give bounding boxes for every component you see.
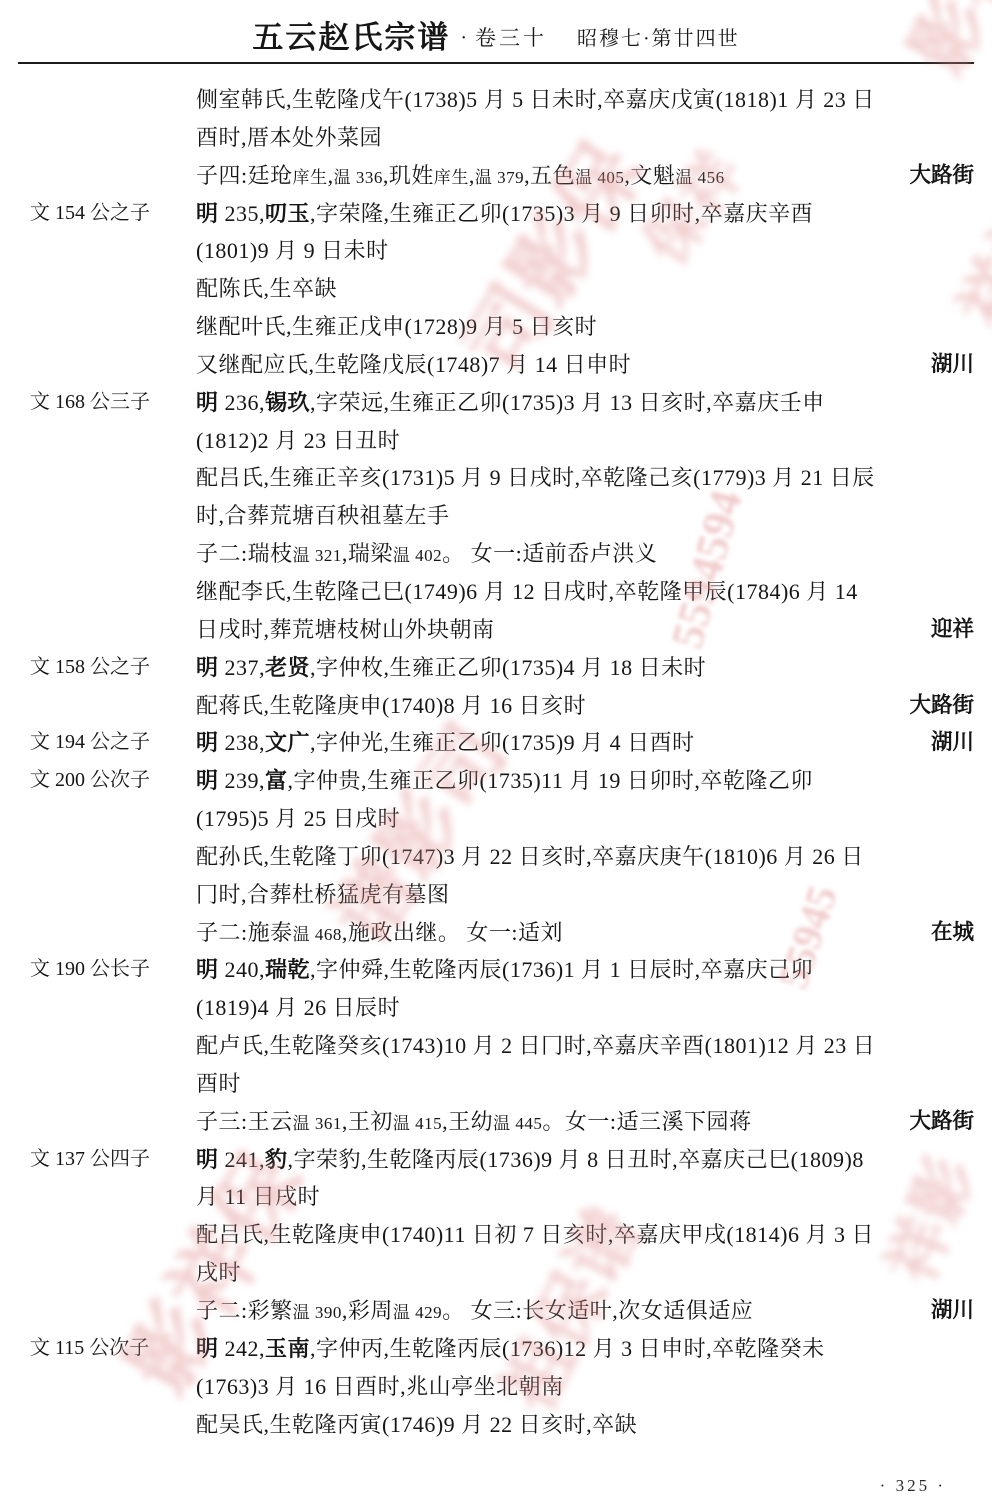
genealogy-page: 五云赵氏宗谱·卷三十昭穆七·第廿四世 侧室韩氏,生乾隆戊午(1738)5 月 5… <box>0 0 992 1512</box>
page-number: · 325 · <box>880 1476 946 1496</box>
entry-text: 又继配应氏,生乾隆戊辰(1748)7 月 14 日申时 <box>196 346 631 384</box>
entry-line: 文 158 公之子明 237,老贤,字仲枚,生雍正乙卯(1735)4 月 18 … <box>0 649 992 687</box>
entry-line: 子二:瑞枝温 321,瑞梁温 402。 女一:适前岙卢洪义 <box>0 535 992 573</box>
entry-line: 子二:彩繁温 390,彩周温 429。 女三:长女适叶,次女适俱适应湖川 <box>0 1292 992 1330</box>
entry-text: 配陈氏,生卒缺 <box>196 270 337 308</box>
entry-line: (1812)2 月 23 日丑时 <box>0 422 992 460</box>
entry-text: 月 11 日戌时 <box>196 1178 320 1216</box>
entry-line: 又继配应氏,生乾隆戊辰(1748)7 月 14 日申时湖川 <box>0 346 992 384</box>
entry-line: 酉时,厝本处外菜园 <box>0 119 992 157</box>
generation-ref-label: 文 154 公之子 <box>30 195 150 233</box>
place-label: 大路街 <box>909 687 974 725</box>
entry-line: 配陈氏,生卒缺 <box>0 270 992 308</box>
entry-text: 配孙氏,生乾隆丁卯(1747)3 月 22 日亥时,卒嘉庆庚午(1810)6 月… <box>196 838 864 876</box>
entry-text: 侧室韩氏,生乾隆戊午(1738)5 月 5 日未时,卒嘉庆戊寅(1818)1 月… <box>196 81 875 119</box>
entry-text: 子二:彩繁温 390,彩周温 429。 女三:长女适叶,次女适俱适应 <box>196 1292 753 1332</box>
entry-line: (1763)3 月 16 日酉时,兆山亭坐北朝南 <box>0 1368 992 1406</box>
entry-line: 文 137 公四子明 241,豹,字荣豹,生乾隆丙辰(1736)9 月 8 日丑… <box>0 1141 992 1179</box>
entry-line: 冂时,合葬杜桥猛虎有墓图 <box>0 876 992 914</box>
entry-text: 配蒋氏,生乾隆庚申(1740)8 月 16 日亥时 <box>196 687 586 725</box>
entry-line: 侧室韩氏,生乾隆戊午(1738)5 月 5 日未时,卒嘉庆戊寅(1818)1 月… <box>0 81 992 119</box>
entry-text: 配吴氏,生乾隆丙寅(1746)9 月 22 日亥时,卒缺 <box>196 1406 637 1444</box>
entry-text: 明 239,富,字仲贵,生雍正乙卯(1735)11 月 19 日卯时,卒乾隆乙卯 <box>196 762 813 800</box>
entry-text: 子二:施泰温 468,施政出继。 女一:适刘 <box>196 914 563 954</box>
volume-label: 卷三十 <box>475 26 547 50</box>
entry-line: 文 194 公之子明 238,文广,字仲光,生雍正乙卯(1735)9 月 4 日… <box>0 724 992 762</box>
page-header: 五云赵氏宗谱·卷三十昭穆七·第廿四世 <box>0 12 992 57</box>
entry-line: 文 190 公长子明 240,瑞乾,字仲舜,生乾隆丙辰(1736)1 月 1 日… <box>0 951 992 989</box>
title-separator-dot: · <box>460 27 467 49</box>
place-label: 迎祥 <box>931 611 974 649</box>
generation-ref-label: 文 190 公长子 <box>30 951 150 989</box>
entry-line: 配蒋氏,生乾隆庚申(1740)8 月 16 日亥时大路街 <box>0 687 992 725</box>
entry-line: 时,合葬荒塘百秧祖墓左手 <box>0 497 992 535</box>
entry-text: 明 241,豹,字荣豹,生乾隆丙辰(1736)9 月 8 日丑时,卒嘉庆己巳(1… <box>196 1141 864 1179</box>
entry-text: 明 235,叨玉,字荣隆,生雍正乙卯(1735)3 月 9 日卯时,卒嘉庆辛酉 <box>196 195 813 233</box>
entry-line: (1819)4 月 26 日辰时 <box>0 989 992 1027</box>
entry-text: (1795)5 月 25 日戌时 <box>196 800 400 838</box>
entry-text: 酉时 <box>196 1065 241 1103</box>
entry-line: 日戌时,葬荒塘枝树山外块朝南迎祥 <box>0 611 992 649</box>
entry-line: 文 115 公次子明 242,玉南,字仲丙,生乾隆丙辰(1736)12 月 3 … <box>0 1330 992 1368</box>
entry-line: 配吕氏,生雍正辛亥(1731)5 月 9 日戌时,卒乾隆己亥(1779)3 月 … <box>0 459 992 497</box>
entry-text: 子三:王云温 361,王初温 415,王幼温 445。女一:适三溪下园蒋 <box>196 1103 752 1143</box>
entry-line: 配吴氏,生乾隆丙寅(1746)9 月 22 日亥时,卒缺 <box>0 1406 992 1444</box>
entry-line: (1801)9 月 9 日未时 <box>0 232 992 270</box>
book-title: 五云赵氏宗谱 <box>252 20 450 55</box>
entry-text: 明 240,瑞乾,字仲舜,生乾隆丙辰(1736)1 月 1 日辰时,卒嘉庆己卯 <box>196 951 813 989</box>
generation-ref-label: 文 168 公三子 <box>30 384 150 422</box>
generation-ref-label: 文 194 公之子 <box>30 724 150 762</box>
entry-text: 继配李氏,生乾隆己巳(1749)6 月 12 日戌时,卒乾隆甲辰(1784)6 … <box>196 573 858 611</box>
entry-line: 子三:王云温 361,王初温 415,王幼温 445。女一:适三溪下园蒋大路街 <box>0 1103 992 1141</box>
entry-line: 子四:廷玱庠生,温 336,玑姓庠生,温 379,五色温 405,文魁温 456… <box>0 157 992 195</box>
entry-text: (1763)3 月 16 日酉时,兆山亭坐北朝南 <box>196 1368 564 1406</box>
place-label: 大路街 <box>909 157 974 195</box>
entry-line: 月 11 日戌时 <box>0 1178 992 1216</box>
entry-line: 配吕氏,生乾隆庚申(1740)11 日初 7 日亥时,卒嘉庆甲戌(1814)6 … <box>0 1216 992 1254</box>
entry-line: 继配叶氏,生雍正戊申(1728)9 月 5 日亥时 <box>0 308 992 346</box>
entry-text: 配卢氏,生乾隆癸亥(1743)10 月 2 日冂时,卒嘉庆辛酉(1801)12 … <box>196 1027 875 1065</box>
entry-text: 子二:瑞枝温 321,瑞梁温 402。 女一:适前岙卢洪义 <box>196 535 657 575</box>
entry-line: 文 154 公之子明 235,叨玉,字荣隆,生雍正乙卯(1735)3 月 9 日… <box>0 195 992 233</box>
entry-text: 戌时 <box>196 1254 241 1292</box>
entry-line: 继配李氏,生乾隆己巳(1749)6 月 12 日戌时,卒乾隆甲辰(1784)6 … <box>0 573 992 611</box>
section-label: 昭穆七·第廿四世 <box>577 28 740 50</box>
entry-line: 配卢氏,生乾隆癸亥(1743)10 月 2 日冂时,卒嘉庆辛酉(1801)12 … <box>0 1027 992 1065</box>
place-label: 湖川 <box>931 724 974 762</box>
entry-text: 时,合葬荒塘百秧祖墓左手 <box>196 497 450 535</box>
entry-text: 继配叶氏,生雍正戊申(1728)9 月 5 日亥时 <box>196 308 597 346</box>
place-label: 湖川 <box>931 346 974 384</box>
entry-text: 明 236,锡玖,字荣远,生雍正乙卯(1735)3 月 13 日亥时,卒嘉庆壬申 <box>196 384 825 422</box>
entry-line: 文 168 公三子明 236,锡玖,字荣远,生雍正乙卯(1735)3 月 13 … <box>0 384 992 422</box>
entry-line: (1795)5 月 25 日戌时 <box>0 800 992 838</box>
entry-line: 酉时 <box>0 1065 992 1103</box>
entry-text: 子四:廷玱庠生,温 336,玑姓庠生,温 379,五色温 405,文魁温 456 <box>196 157 725 197</box>
generation-ref-label: 文 137 公四子 <box>30 1141 150 1179</box>
entry-text: 明 237,老贤,字仲枚,生雍正乙卯(1735)4 月 18 日未时 <box>196 649 706 687</box>
entry-text: (1812)2 月 23 日丑时 <box>196 422 400 460</box>
generation-ref-label: 文 158 公之子 <box>30 649 150 687</box>
entry-text: 明 242,玉南,字仲丙,生乾隆丙辰(1736)12 月 3 日申时,卒乾隆癸未 <box>196 1330 825 1368</box>
entry-text: (1801)9 月 9 日未时 <box>196 232 389 270</box>
genealogy-entries: 侧室韩氏,生乾隆戊午(1738)5 月 5 日未时,卒嘉庆戊寅(1818)1 月… <box>0 81 992 1443</box>
place-label: 湖川 <box>931 1292 974 1330</box>
entry-text: 配吕氏,生乾隆庚申(1740)11 日初 7 日亥时,卒嘉庆甲戌(1814)6 … <box>196 1216 874 1254</box>
entry-text: (1819)4 月 26 日辰时 <box>196 989 400 1027</box>
place-label: 在城 <box>931 914 974 952</box>
entry-text: 冂时,合葬杜桥猛虎有墓图 <box>196 876 450 914</box>
entry-text: 酉时,厝本处外菜园 <box>196 119 382 157</box>
entry-text: 日戌时,葬荒塘枝树山外块朝南 <box>196 611 495 649</box>
entry-text: 明 238,文广,字仲光,生雍正乙卯(1735)9 月 4 日酉时 <box>196 724 695 762</box>
entry-line: 子二:施泰温 468,施政出继。 女一:适刘在城 <box>0 914 992 952</box>
entry-line: 戌时 <box>0 1254 992 1292</box>
generation-ref-label: 文 200 公次子 <box>30 762 150 800</box>
entry-text: 配吕氏,生雍正辛亥(1731)5 月 9 日戌时,卒乾隆己亥(1779)3 月 … <box>196 459 875 497</box>
place-label: 大路街 <box>909 1103 974 1141</box>
entry-line: 文 200 公次子明 239,富,字仲贵,生雍正乙卯(1735)11 月 19 … <box>0 762 992 800</box>
entry-line: 配孙氏,生乾隆丁卯(1747)3 月 22 日亥时,卒嘉庆庚午(1810)6 月… <box>0 838 992 876</box>
generation-ref-label: 文 115 公次子 <box>30 1330 149 1368</box>
header-rule-divider <box>18 62 974 64</box>
